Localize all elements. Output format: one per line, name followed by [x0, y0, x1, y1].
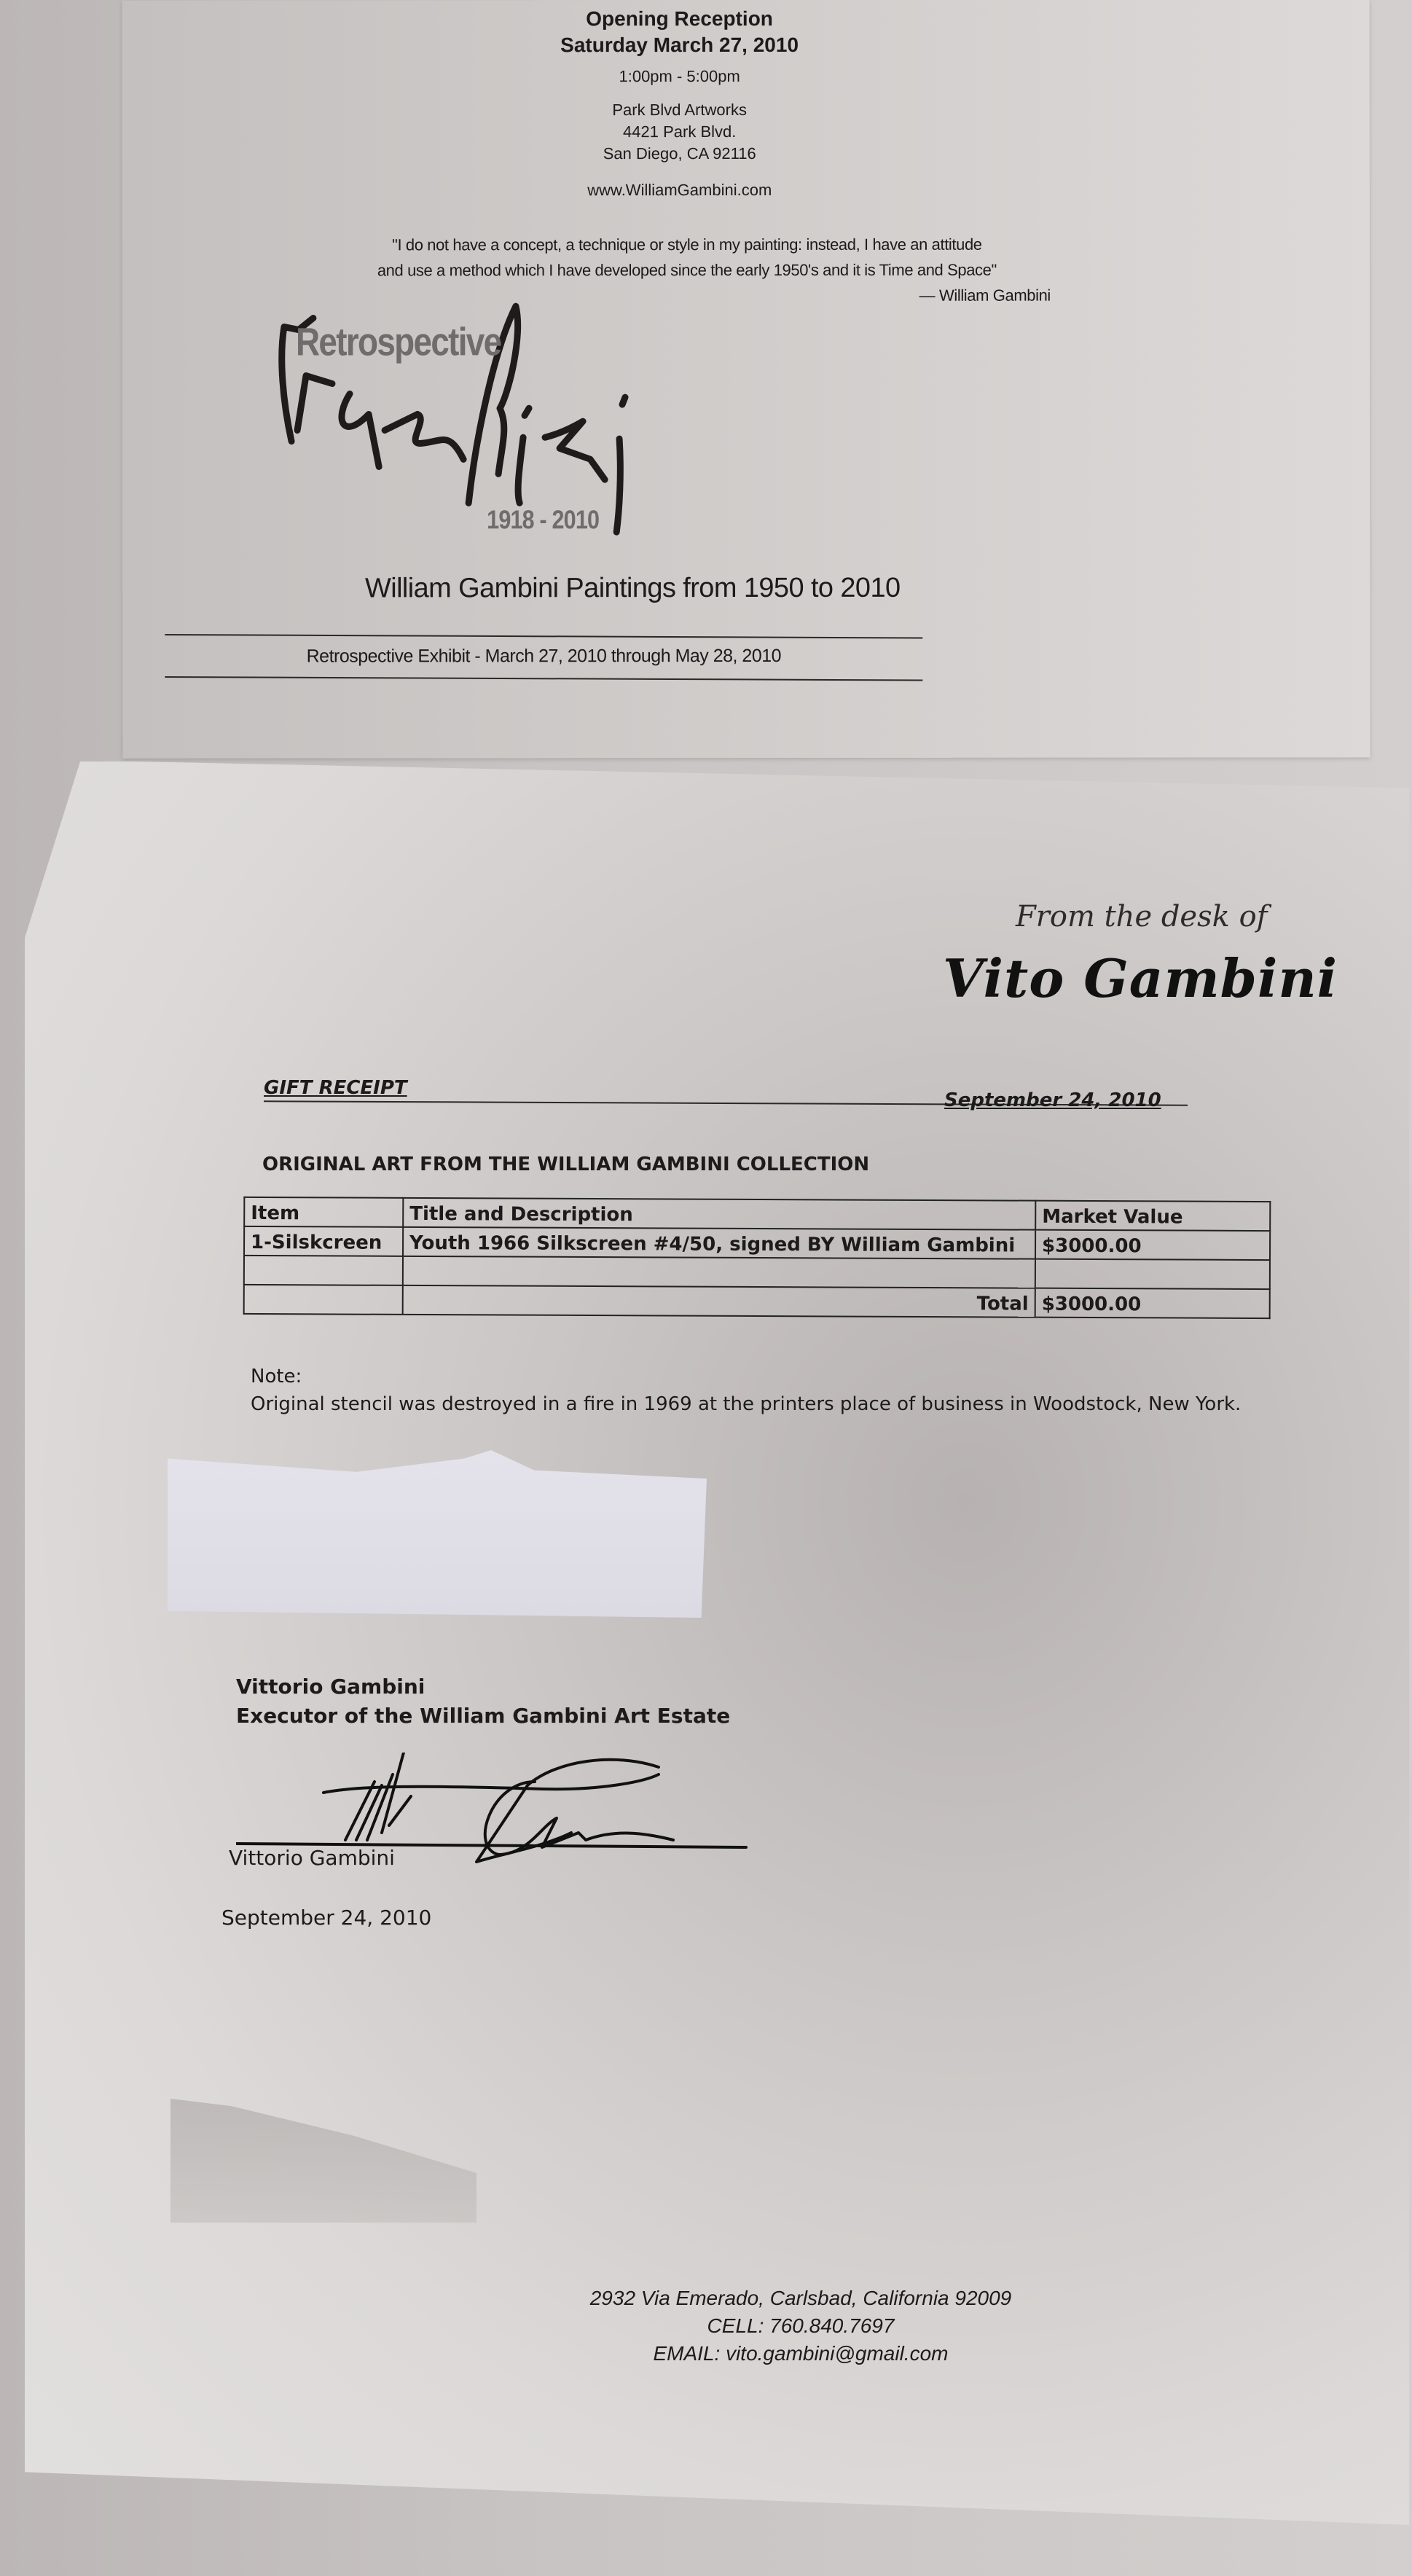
quote-line-2: and use a method which I have developed … [159, 257, 1215, 283]
letterhead-from: From the desk of [1016, 900, 1267, 933]
reception-time: 1:00pm - 5:00pm [243, 67, 1117, 87]
cell-empty [244, 1285, 403, 1315]
signature-line-name: Vittorio Gambini [229, 1846, 395, 1870]
table-header-row: Item Title and Description Market Value [244, 1197, 1270, 1231]
venue-street: 4421 Park Blvd. [243, 121, 1117, 144]
reception-heading: Opening Reception Saturday March 27, 201… [243, 6, 1117, 59]
venue-city: San Diego, CA 92116 [243, 143, 1117, 165]
contact-footer: 2932 Via Emerado, Carlsbad, California 9… [389, 2285, 1212, 2368]
paper-slip [168, 1450, 707, 1618]
cell-item [244, 1256, 403, 1285]
note-label: Note: [251, 1363, 1241, 1390]
signature-date: September 24, 2010 [221, 1906, 431, 1930]
artwork-table: Item Title and Description Market Value … [243, 1197, 1271, 1319]
total-label: Total [403, 1285, 1035, 1318]
exhibit-subtitle: William Gambini Paintings from 1950 to 2… [159, 573, 1106, 605]
reception-title: Opening Reception [243, 6, 1117, 33]
artist-quote: "I do not have a concept, a technique or… [159, 231, 1215, 283]
table-row: 1-Silskcreen Youth 1966 Silkscreen #4/50… [244, 1226, 1270, 1260]
header-market-value: Market Value [1035, 1201, 1270, 1231]
gift-receipt-letter: From the desk of Vito Gambini GIFT RECEI… [25, 762, 1409, 2525]
footer-address: 2932 Via Emerado, Carlsbad, California 9… [389, 2285, 1212, 2312]
venue-address: Park Blvd Artworks 4421 Park Blvd. San D… [243, 99, 1117, 165]
retrospective-label: Retrospective [296, 319, 501, 364]
exhibit-dates: Retrospective Exhibit - March 27, 2010 t… [165, 646, 922, 668]
letterhead-name: Vito Gambini [943, 947, 1338, 1009]
cell-item: 1-Silskcreen [244, 1226, 403, 1256]
note-block: Note: Original stencil was destroyed in … [251, 1363, 1241, 1418]
exhibition-flyer: Opening Reception Saturday March 27, 201… [122, 0, 1370, 759]
reception-date: Saturday March 27, 2010 [243, 32, 1117, 59]
lifespan-years: 1918 - 2010 [487, 504, 599, 535]
website-link: www.WilliamGambini.com [243, 179, 1117, 202]
footer-email: EMAIL: vito.gambini@gmail.com [389, 2340, 1212, 2368]
header-item: Item [244, 1197, 403, 1227]
cell-description [403, 1256, 1035, 1288]
footer-cell: CELL: 760.840.7697 [389, 2312, 1212, 2340]
signer-name: Vittorio Gambini [236, 1672, 730, 1702]
cell-value: $3000.00 [1035, 1230, 1270, 1260]
torn-paper-shadow [170, 2099, 476, 2223]
retrospective-logo: Retrospective 1918 - 2010 [268, 291, 968, 555]
divider-top [165, 634, 922, 639]
collection-heading: ORIGINAL ART FROM THE WILLIAM GAMBINI CO… [262, 1154, 869, 1175]
header-title-description: Title and Description [403, 1198, 1035, 1230]
table-total-row: Total $3000.00 [244, 1285, 1270, 1318]
cell-description: Youth 1966 Silkscreen #4/50, signed BY W… [403, 1227, 1035, 1259]
total-value: $3000.00 [1035, 1288, 1270, 1318]
cell-value [1035, 1259, 1270, 1289]
table-row [244, 1256, 1270, 1289]
document-date: September 24, 2010 [944, 1089, 1161, 1111]
venue-name: Park Blvd Artworks [243, 99, 1117, 122]
signer-block: Vittorio Gambini Executor of the William… [236, 1672, 730, 1731]
document-type: GIFT RECEIPT [264, 1077, 407, 1099]
quote-line-1: "I do not have a concept, a technique or… [159, 231, 1215, 257]
signer-title: Executor of the William Gambini Art Esta… [236, 1702, 730, 1731]
note-text: Original stencil was destroyed in a fire… [251, 1390, 1241, 1418]
divider-bottom [165, 676, 922, 681]
